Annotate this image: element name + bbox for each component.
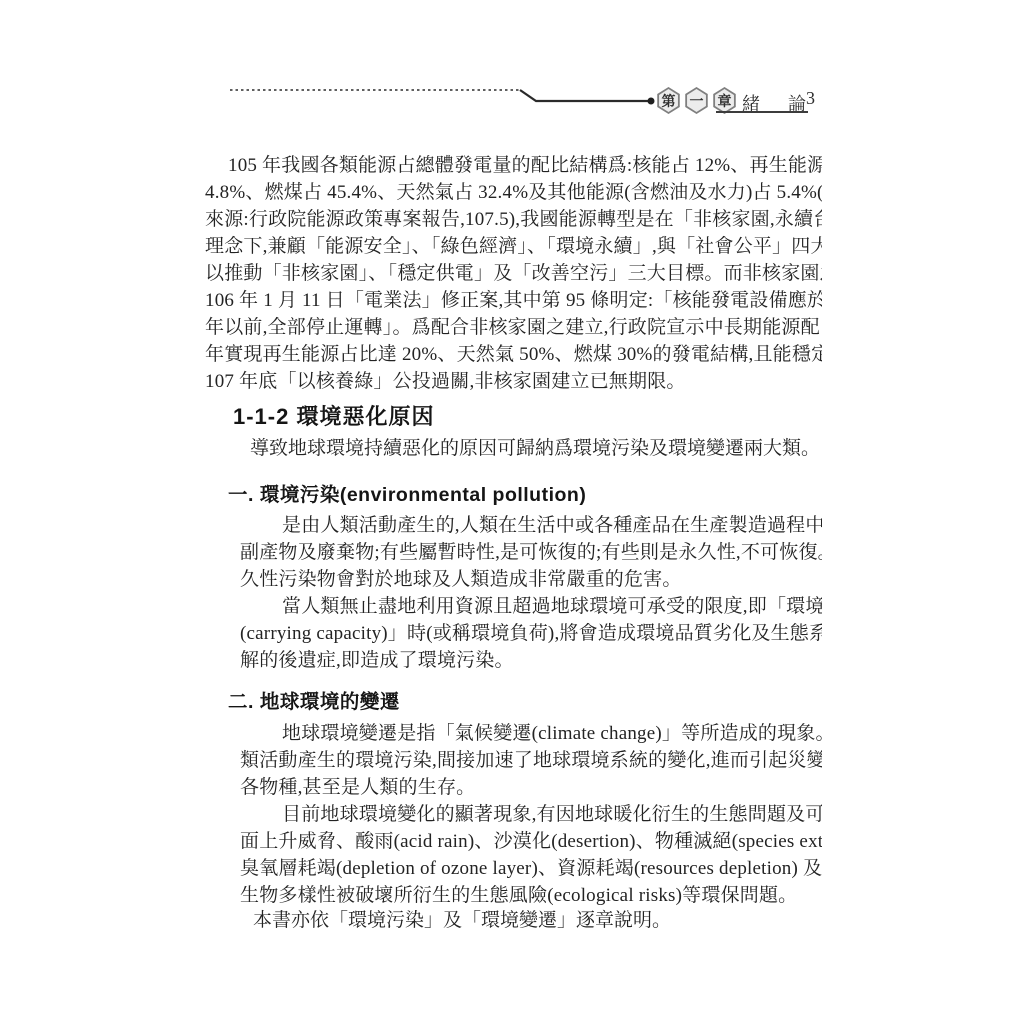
- text-line: 解的後遺症,即造成了環境污染。: [240, 647, 822, 674]
- text-line: 是由人類活動產生的,人類在生活中或各種產品在生產製造過程中所生成的: [240, 512, 822, 539]
- text-line: 副產物及廢棄物;有些屬暫時性,是可恢復的;有些則是永久性,不可恢復。永: [240, 539, 822, 566]
- subsection-pollution-body: 是由人類活動產生的,人類在生活中或各種產品在生產製造過程中所生成的 副產物及廢棄…: [240, 512, 822, 674]
- text-line: 105 年我國各類能源占總體發電量的配比結構爲:核能占 12%、再生能源占: [205, 152, 822, 179]
- text-line: 生物多樣性被破壞所衍生的生態風險(ecological risks)等環保問題。: [240, 882, 822, 909]
- text-line: (carrying capacity)」時(或稱環境負荷),將會造成環境品質劣化…: [240, 620, 822, 647]
- paragraph-energy-mix: 105 年我國各類能源占總體發電量的配比結構爲:核能占 12%、再生能源占 4.…: [205, 152, 822, 395]
- text-line: 各物種,甚至是人類的生存。: [240, 774, 822, 801]
- subsection-heading-pollution: 一. 環境污染(environmental pollution): [228, 480, 822, 510]
- subsection-heading-global-change: 二. 地球環境的變遷: [228, 687, 822, 717]
- text-line: 當人類無止盡地利用資源且超過地球環境可承受的限度,即「環境承載力: [240, 593, 822, 620]
- text-line: 目前地球環境變化的顯著現象,有因地球暖化衍生的生態問題及可能的海平: [240, 801, 822, 828]
- text-line: 來源:行政院能源政策專案報告,107.5),我國能源轉型是在「非核家園,永續台灣…: [205, 206, 822, 233]
- text-line: 類活動產生的環境污染,間接加速了地球環境系統的變化,進而引起災變,威脅: [240, 747, 822, 774]
- text-line: 以推動「非核家園」、「穩定供電」及「改善空污」三大目標。而非核家園之建立是在: [205, 260, 822, 287]
- text-line: 久性污染物會對於地球及人類造成非常嚴重的危害。: [240, 566, 822, 593]
- closing-line: 本書亦依「環境污染」及「環境變遷」逐章說明。: [205, 907, 822, 934]
- text-line: 臭氧層耗竭(depletion of ozone layer)、資源耗竭(res…: [240, 855, 822, 882]
- text-line: 地球環境變遷是指「氣候變遷(climate change)」等所造成的現象。由於…: [240, 720, 822, 747]
- text-line: 年實現再生能源占比達 20%、天然氣 50%、燃煤 30%的發電結構,且能穩定供…: [205, 341, 822, 368]
- subsection-global-change-body: 地球環境變遷是指「氣候變遷(climate change)」等所造成的現象。由於…: [240, 720, 822, 909]
- text-line: 107 年底「以核養綠」公投過關,非核家園建立已無期限。: [205, 368, 822, 395]
- page-body: 105 年我國各類能源占總體發電量的配比結構爲:核能占 12%、再生能源占 4.…: [205, 0, 822, 934]
- text-line: 年以前,全部停止運轉」。爲配合非核家園之建立,行政院宣示中長期能源配比爲 202…: [205, 314, 822, 341]
- text-line: 4.8%、燃煤占 45.4%、天然氣占 32.4%及其他能源(含燃油及水力)占 …: [205, 179, 822, 206]
- section-heading-1-1-2: 1-1-2 環境惡化原因: [233, 402, 822, 432]
- text-line: 106 年 1 月 11 日「電業法」修正案,其中第 95 條明定:「核能發電設…: [205, 287, 822, 314]
- section-intro-line: 導致地球環境持續惡化的原因可歸納爲環境污染及環境變遷兩大類。: [205, 435, 822, 462]
- text-line: 理念下,兼顧「能源安全」、「綠色經濟」、「環境永續」,與「社會公平」四大面向,: [205, 233, 822, 260]
- text-line: 面上升威脅、酸雨(acid rain)、沙漠化(desertion)、物種滅絕(…: [240, 828, 822, 855]
